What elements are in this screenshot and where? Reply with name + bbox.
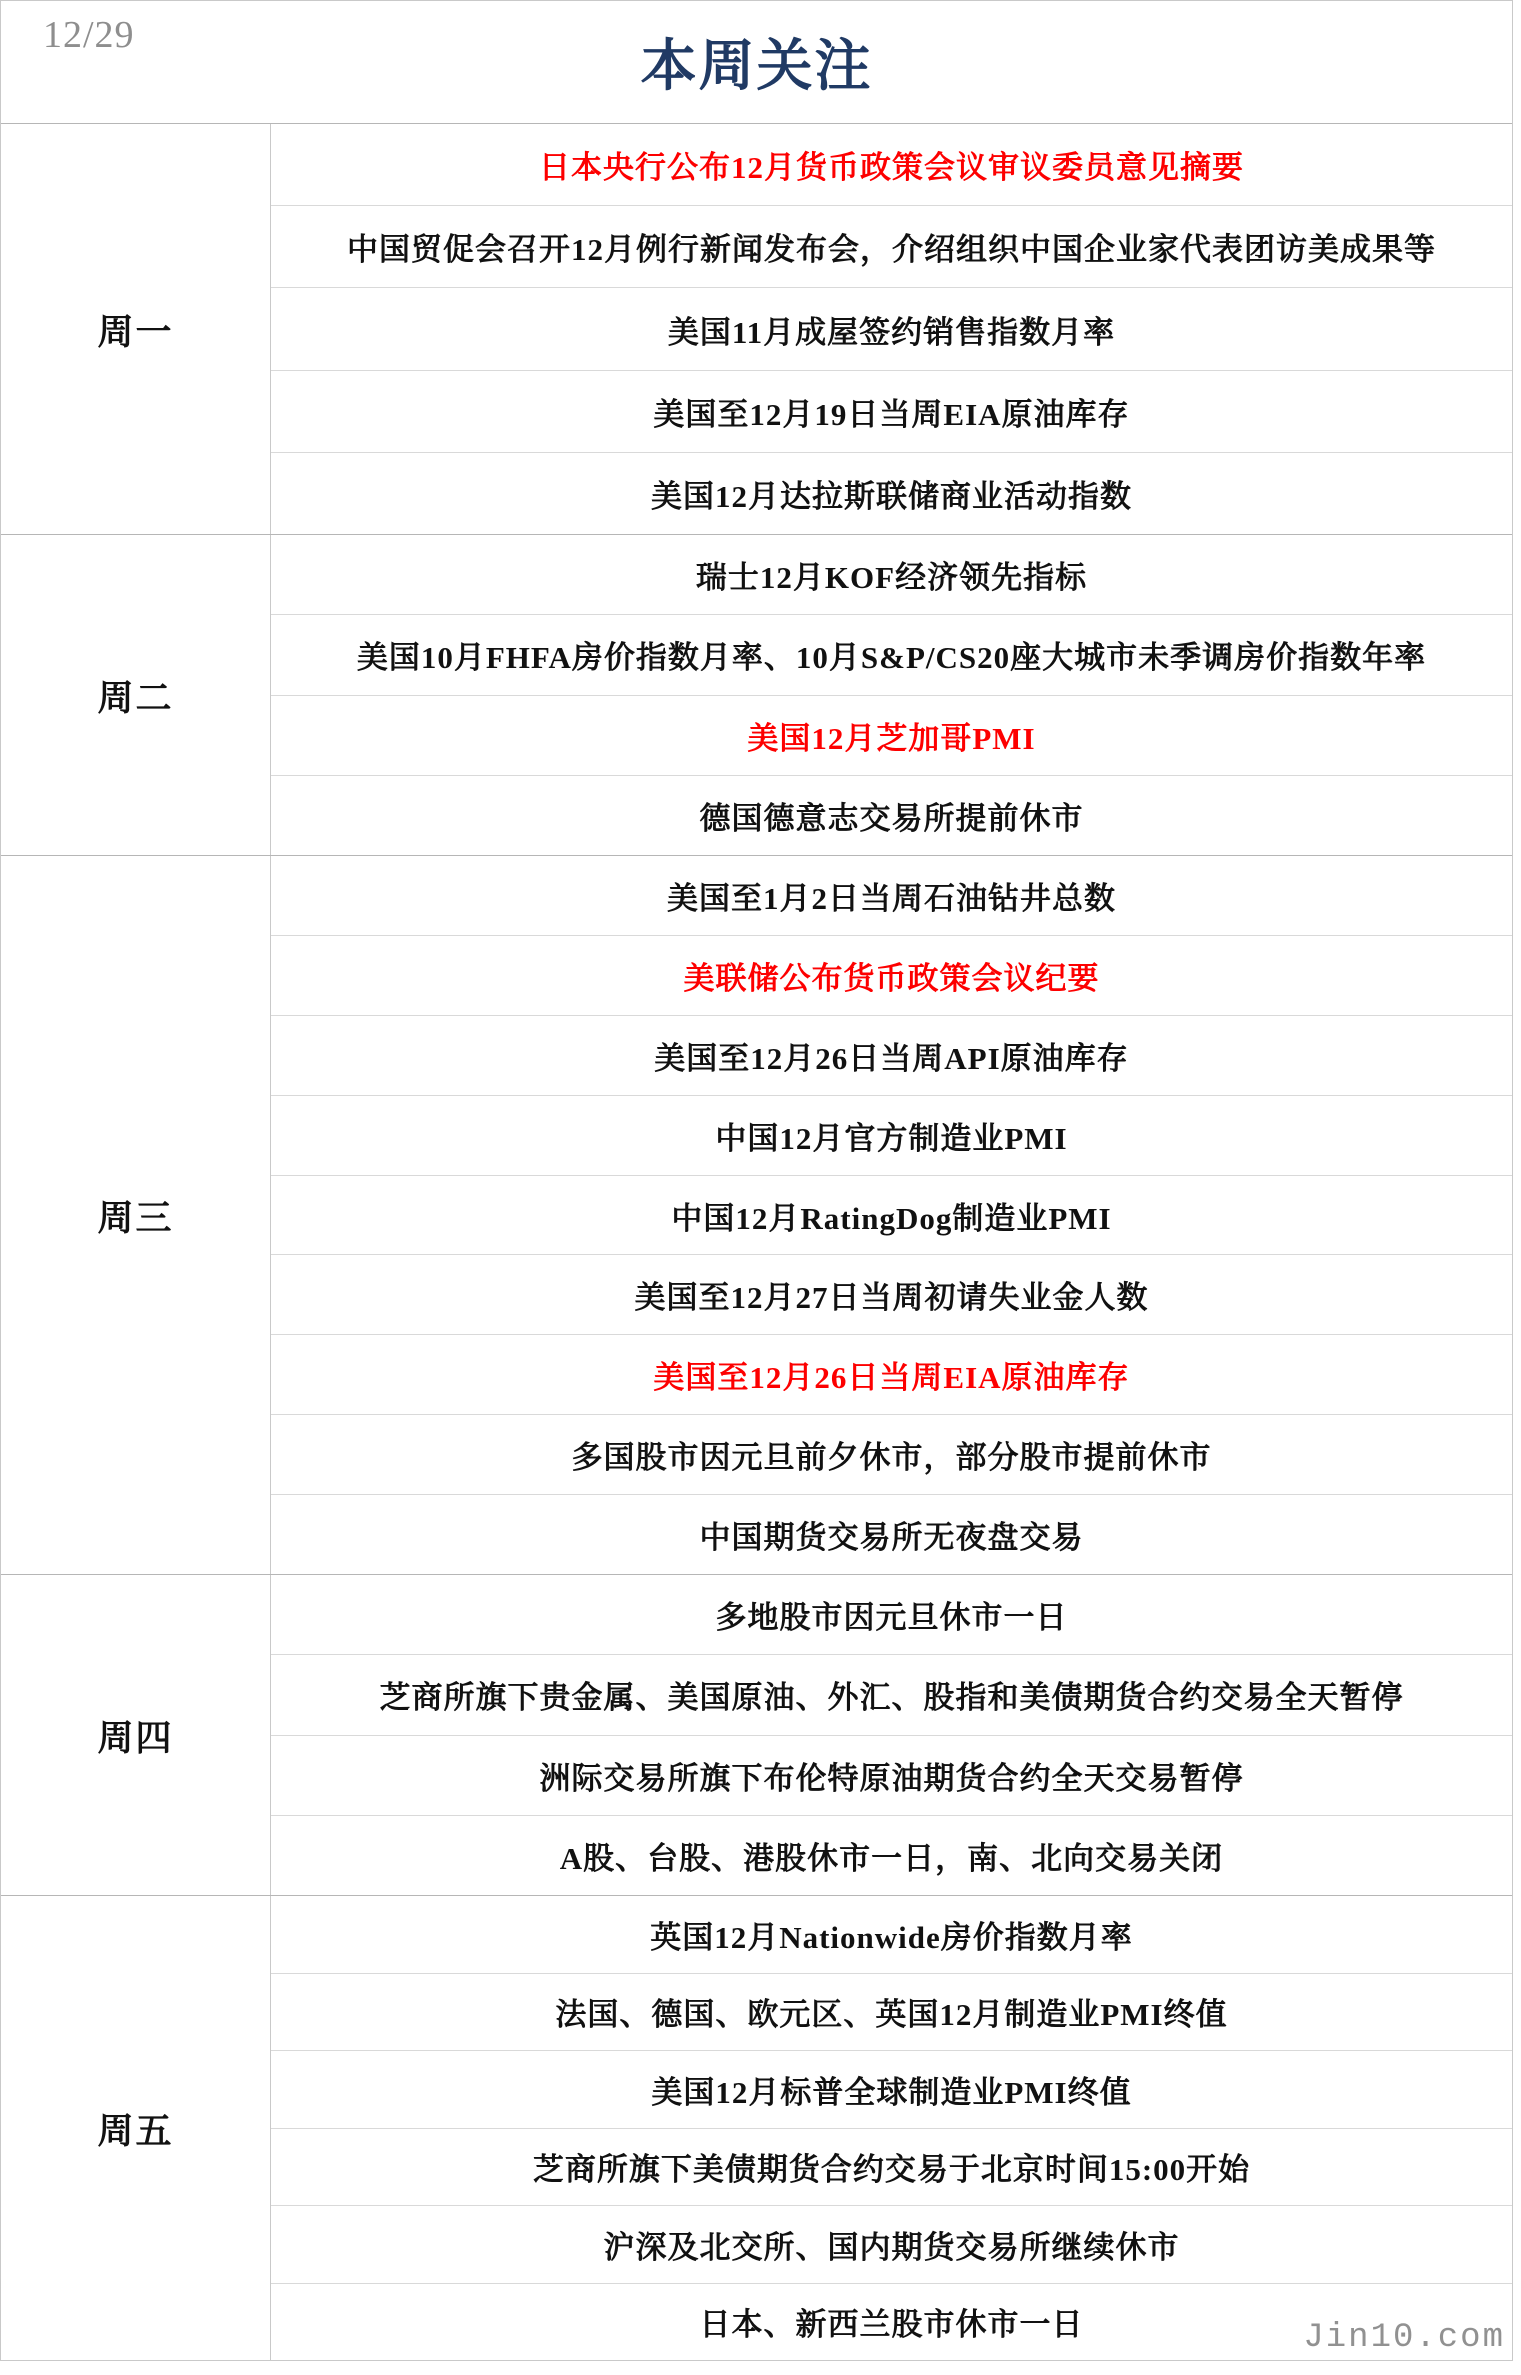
event-text: 英国12月Nationwide房价指数月率 <box>650 1912 1133 1957</box>
event-row: 美国至12月19日当周EIA原油库存 <box>271 370 1512 452</box>
day-label-cell: 周四 <box>1 1575 271 1895</box>
event-row: 德国德意志交易所提前休市 <box>271 775 1512 855</box>
event-text: 沪深及北交所、国内期货交易所继续休市 <box>604 2222 1180 2267</box>
day-label-cell: 周一 <box>1 124 271 534</box>
day-events: 英国12月Nationwide房价指数月率法国、德国、欧元区、英国12月制造业P… <box>271 1896 1512 2360</box>
day-label: 周三 <box>97 1190 173 1241</box>
day-events: 日本央行公布12月货币政策会议审议委员意见摘要中国贸促会召开12月例行新闻发布会… <box>271 124 1512 534</box>
day-block: 周四多地股市因元旦休市一日芝商所旗下贵金属、美国原油、外汇、股指和美债期货合约交… <box>1 1574 1512 1895</box>
day-label: 周一 <box>97 304 173 355</box>
event-row: 法国、德国、欧元区、英国12月制造业PMI终值 <box>271 1973 1512 2051</box>
event-text: 中国贸促会召开12月例行新闻发布会，介绍组织中国企业家代表团访美成果等 <box>347 224 1436 269</box>
event-row: 美国11月成屋签约销售指数月率 <box>271 287 1512 369</box>
event-row: 中国贸促会召开12月例行新闻发布会，介绍组织中国企业家代表团访美成果等 <box>271 205 1512 287</box>
event-text-highlighted: 美国12月芝加哥PMI <box>747 713 1035 758</box>
day-events: 美国至1月2日当周石油钻井总数美联储公布货币政策会议纪要美国至12月26日当周A… <box>271 856 1512 1574</box>
day-label: 周四 <box>97 1710 173 1761</box>
event-text: A股、台股、港股休市一日，南、北向交易关闭 <box>560 1833 1223 1878</box>
event-row: 美国至12月26日当周EIA原油库存 <box>271 1334 1512 1414</box>
event-row: 多国股市因元旦前夕休市，部分股市提前休市 <box>271 1414 1512 1494</box>
day-label-cell: 周二 <box>1 535 271 855</box>
event-row: 芝商所旗下美债期货合约交易于北京时间15:00开始 <box>271 2128 1512 2206</box>
event-row: 多地股市因元旦休市一日 <box>271 1575 1512 1654</box>
event-text: 芝商所旗下贵金属、美国原油、外汇、股指和美债期货合约交易全天暂停 <box>380 1672 1404 1717</box>
event-text: 瑞士12月KOF经济领先指标 <box>696 552 1087 597</box>
event-row: 沪深及北交所、国内期货交易所继续休市 <box>271 2205 1512 2283</box>
event-text: 日本、新西兰股市休市一日 <box>700 2299 1084 2344</box>
page-title: 本周关注 <box>641 22 873 102</box>
event-text: 美国12月达拉斯联储商业活动指数 <box>651 471 1132 516</box>
day-label: 周二 <box>97 670 173 721</box>
event-text: 美国至12月19日当周EIA原油库存 <box>653 389 1129 434</box>
week-date: 12/29 <box>43 13 135 57</box>
event-row: 日本央行公布12月货币政策会议审议委员意见摘要 <box>271 124 1512 205</box>
event-row: 洲际交易所旗下布伦特原油期货合约全天交易暂停 <box>271 1735 1512 1815</box>
event-row: 中国12月官方制造业PMI <box>271 1095 1512 1175</box>
event-row: 美国至12月26日当周API原油库存 <box>271 1015 1512 1095</box>
event-text: 美国10月FHFA房价指数月率、10月S&P/CS20座大城市未季调房价指数年率 <box>357 632 1426 677</box>
event-text: 德国德意志交易所提前休市 <box>700 793 1084 838</box>
event-row: 美国10月FHFA房价指数月率、10月S&P/CS20座大城市未季调房价指数年率 <box>271 614 1512 694</box>
event-row: 美国12月达拉斯联储商业活动指数 <box>271 452 1512 534</box>
event-row: 美国12月标普全球制造业PMI终值 <box>271 2050 1512 2128</box>
event-text-highlighted: 日本央行公布12月货币政策会议审议委员意见摘要 <box>539 142 1244 187</box>
weekly-focus-table: 12/29 本周关注 周一日本央行公布12月货币政策会议审议委员意见摘要中国贸促… <box>0 0 1513 2361</box>
event-text: 美国12月标普全球制造业PMI终值 <box>651 2067 1131 2112</box>
day-block: 周三美国至1月2日当周石油钻井总数美联储公布货币政策会议纪要美国至12月26日当… <box>1 855 1512 1574</box>
event-row: 中国12月RatingDog制造业PMI <box>271 1175 1512 1255</box>
day-label: 周五 <box>97 2103 173 2154</box>
weekly-focus-page: 12/29 本周关注 周一日本央行公布12月货币政策会议审议委员意见摘要中国贸促… <box>0 0 1521 2375</box>
event-text-highlighted: 美联储公布货币政策会议纪要 <box>684 953 1100 998</box>
event-row: 美联储公布货币政策会议纪要 <box>271 935 1512 1015</box>
day-label-cell: 周五 <box>1 1896 271 2360</box>
day-events: 瑞士12月KOF经济领先指标美国10月FHFA房价指数月率、10月S&P/CS2… <box>271 535 1512 855</box>
day-events: 多地股市因元旦休市一日芝商所旗下贵金属、美国原油、外汇、股指和美债期货合约交易全… <box>271 1575 1512 1895</box>
event-text: 美国至12月26日当周API原油库存 <box>654 1033 1128 1078</box>
watermark: Jin10.com <box>1303 2319 1505 2357</box>
event-row: 美国至12月27日当周初请失业金人数 <box>271 1254 1512 1334</box>
event-text-highlighted: 美国至12月26日当周EIA原油库存 <box>653 1352 1129 1397</box>
event-row: A股、台股、港股休市一日，南、北向交易关闭 <box>271 1815 1512 1895</box>
event-text: 中国12月官方制造业PMI <box>715 1113 1067 1158</box>
event-row: 美国至1月2日当周石油钻井总数 <box>271 856 1512 935</box>
event-text: 多地股市因元旦休市一日 <box>716 1592 1068 1637</box>
event-text: 洲际交易所旗下布伦特原油期货合约全天交易暂停 <box>540 1753 1244 1798</box>
event-text: 美国至12月27日当周初请失业金人数 <box>635 1272 1149 1317</box>
event-row: 中国期货交易所无夜盘交易 <box>271 1494 1512 1574</box>
event-text: 法国、德国、欧元区、英国12月制造业PMI终值 <box>555 1989 1227 2034</box>
table-header: 12/29 本周关注 <box>1 1 1512 123</box>
day-block: 周五英国12月Nationwide房价指数月率法国、德国、欧元区、英国12月制造… <box>1 1895 1512 2360</box>
event-text: 芝商所旗下美债期货合约交易于北京时间15:00开始 <box>533 2144 1250 2189</box>
event-text: 中国12月RatingDog制造业PMI <box>671 1193 1111 1238</box>
day-label-cell: 周三 <box>1 856 271 1574</box>
event-row: 芝商所旗下贵金属、美国原油、外汇、股指和美债期货合约交易全天暂停 <box>271 1654 1512 1734</box>
event-text: 中国期货交易所无夜盘交易 <box>700 1512 1084 1557</box>
event-row: 瑞士12月KOF经济领先指标 <box>271 535 1512 614</box>
event-row: 英国12月Nationwide房价指数月率 <box>271 1896 1512 1973</box>
event-text: 美国11月成屋签约销售指数月率 <box>668 307 1115 352</box>
table-body: 周一日本央行公布12月货币政策会议审议委员意见摘要中国贸促会召开12月例行新闻发… <box>1 123 1512 2360</box>
event-row: 美国12月芝加哥PMI <box>271 695 1512 775</box>
event-text: 美国至1月2日当周石油钻井总数 <box>667 873 1116 918</box>
event-text: 多国股市因元旦前夕休市，部分股市提前休市 <box>572 1432 1212 1477</box>
day-block: 周二瑞士12月KOF经济领先指标美国10月FHFA房价指数月率、10月S&P/C… <box>1 534 1512 855</box>
day-block: 周一日本央行公布12月货币政策会议审议委员意见摘要中国贸促会召开12月例行新闻发… <box>1 123 1512 534</box>
